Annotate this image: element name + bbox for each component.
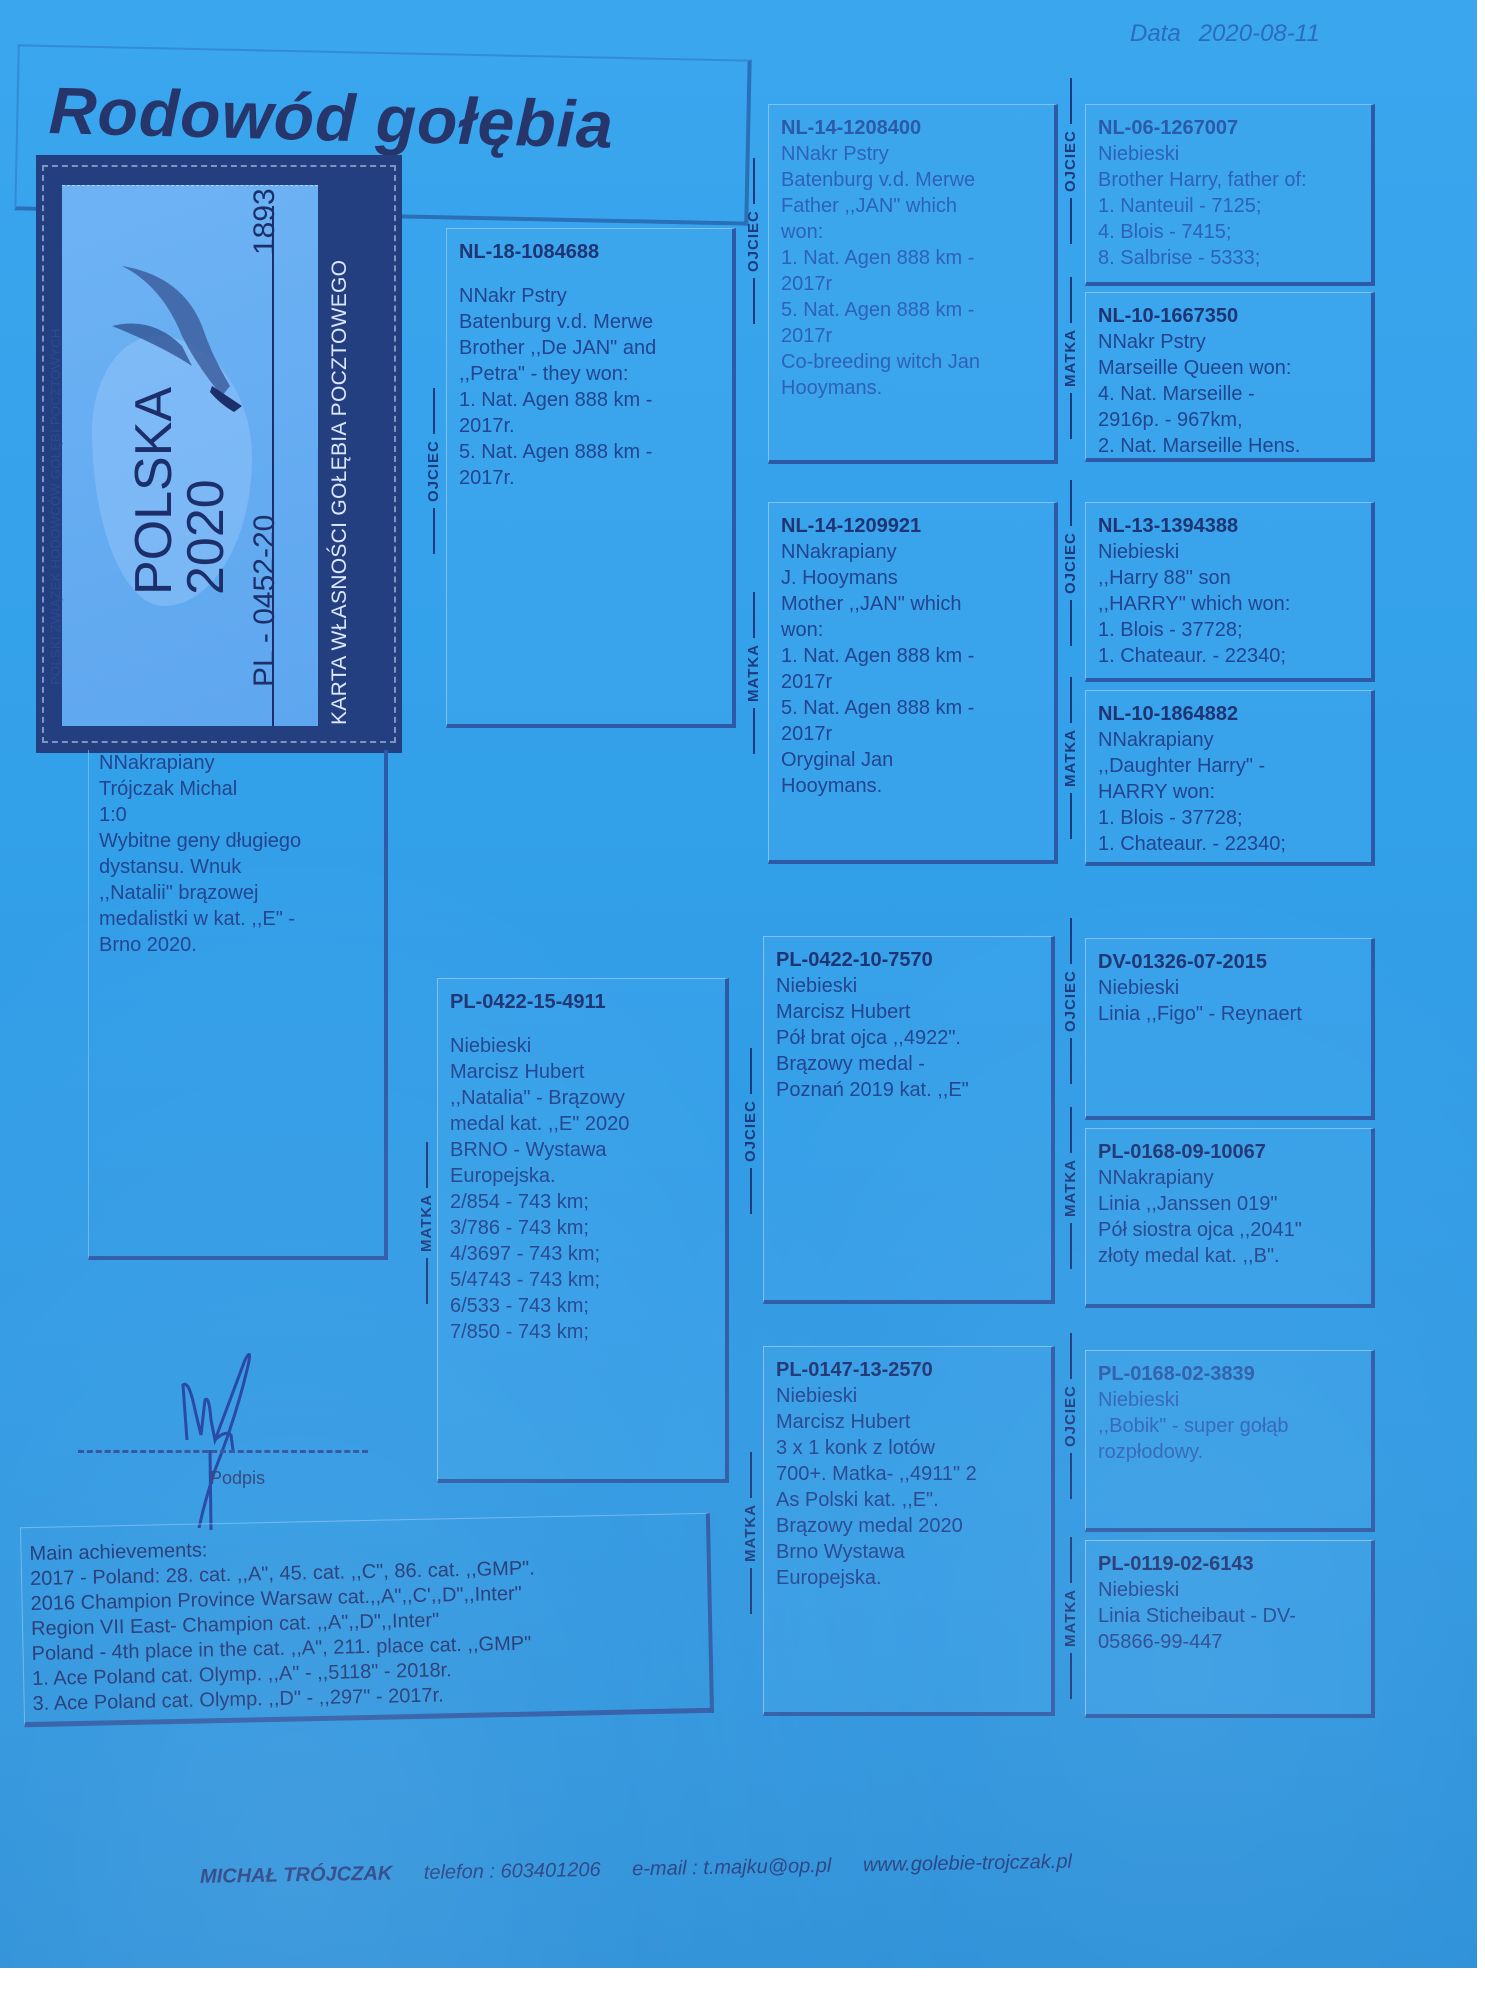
text-line: Mother ,,JAN" which	[781, 591, 1042, 617]
text-line: 3 x 1 konk z lotów	[776, 1435, 1039, 1461]
text-line: 6/533 - 743 km;	[450, 1293, 713, 1319]
text-line: 1. Chateaur. - 22340;	[1098, 643, 1359, 669]
ring-number: NL-10-1864882	[1098, 701, 1359, 727]
text-line: 8. Salbrise - 5333;	[1098, 245, 1359, 271]
label-ddam-sire: OJCIEC	[1062, 1327, 1079, 1505]
card-association: POLSKI ZWIĄZEK HODOWCÓW GOŁĘBI POCZTOWYC…	[48, 328, 63, 685]
pedigree-box-sire: NL-18-1084688NNakr PstryBatenburg v.d. M…	[446, 228, 736, 728]
pedigree-box-sds: NL-13-1394388Niebieski,,Harry 88" son,,H…	[1085, 502, 1375, 682]
label-sdam-sire: OJCIEC	[1062, 474, 1079, 652]
breeder-website: www.golebie-trojczak.pl	[863, 1851, 1072, 1877]
text-line: dystansu. Wnuk	[99, 854, 374, 880]
text-line: Trójczak Michal	[99, 776, 374, 802]
label-sire-dam: MATKA	[745, 586, 762, 760]
card-title: KARTA WŁASNOŚCI GOŁĘBIA POCZTOWEGO	[328, 260, 352, 725]
text-line	[459, 265, 720, 283]
text-line: Niebieski	[1098, 141, 1359, 167]
text-line: 2916p. - 967km,	[1098, 407, 1359, 433]
contact-footer: MICHAŁ TRÓJCZAK telefon : 603401206 e-ma…	[200, 1850, 1098, 1889]
text-line: BRNO - Wystawa	[450, 1137, 713, 1163]
text-line: 700+. Matka- ,,4911" 2	[776, 1461, 1039, 1487]
text-line: 05866-99-447	[1098, 1629, 1359, 1655]
text-line: ,,Daughter Harry" -	[1098, 753, 1359, 779]
text-line: ,,Harry 88" son	[1098, 565, 1359, 591]
text-line: Brązowy medal 2020	[776, 1513, 1039, 1539]
date-label: Data	[1130, 20, 1181, 47]
text-line: Brązowy medal -	[776, 1051, 1039, 1077]
text-line: NNakrapiany	[781, 539, 1042, 565]
pedigree-box-sire-sire: NL-14-1208400NNakr PstryBatenburg v.d. M…	[768, 104, 1058, 464]
text-line: 5. Nat. Agen 888 km -	[459, 439, 720, 465]
card-ring-number: PL - 0452-20	[248, 515, 282, 687]
card-country: POLSKA 2020	[128, 387, 232, 595]
pedigree-box-dss: DV-01326-07-2015NiebieskiLinia ,,Figo" -…	[1085, 938, 1375, 1120]
pedigree-sheet: Data2020-08-11 Rodowód gołębia POLSKI ZW…	[0, 0, 1477, 1968]
signature-label: Podpis	[210, 1468, 265, 1489]
text-line: medalistki w kat. ,,E" -	[99, 906, 374, 932]
label-sire: OJCIEC	[425, 382, 442, 560]
text-line: Batenburg v.d. Merwe	[459, 309, 720, 335]
text-line: 1. Blois - 37728;	[1098, 617, 1359, 643]
text-line: Niebieski	[776, 973, 1039, 999]
text-line: As Polski kat. ,,E".	[776, 1487, 1039, 1513]
text-line: NNakr Pstry	[459, 283, 720, 309]
text-line: Co-breeding witch Jan	[781, 349, 1042, 375]
text-line: Oryginal Jan	[781, 747, 1042, 773]
text-line: 3/786 - 743 km;	[450, 1215, 713, 1241]
label-sire-sire: OJCIEC	[745, 152, 762, 330]
text-line: Niebieski	[1098, 975, 1359, 1001]
pedigree-box-ddd: PL-0119-02-6143NiebieskiLinia Sticheibau…	[1085, 1540, 1375, 1718]
ring-number: PL-0422-10-7570	[776, 947, 1039, 973]
text-line: 2/854 - 743 km;	[450, 1189, 713, 1215]
pedigree-box-dsd: PL-0168-09-10067NNakrapianyLinia ,,Janss…	[1085, 1128, 1375, 1308]
text-line: 7/850 - 743 km;	[450, 1319, 713, 1345]
text-line: HARRY won:	[1098, 779, 1359, 805]
pedigree-box-sdd: NL-10-1864882NNakrapiany,,Daughter Harry…	[1085, 690, 1375, 866]
text-line: Niebieski	[776, 1383, 1039, 1409]
breeder-email: e-mail : t.majku@op.pl	[632, 1855, 832, 1880]
text-line: Marcisz Hubert	[450, 1059, 713, 1085]
text-line: Brno 2020.	[99, 932, 374, 958]
text-line: Marseille Queen won:	[1098, 355, 1359, 381]
text-line: 4. Blois - 7415;	[1098, 219, 1359, 245]
text-line: 2017r	[781, 271, 1042, 297]
text-line: NNakr Pstry	[781, 141, 1042, 167]
text-line: 1. Chateaur. - 22340;	[1098, 831, 1359, 857]
signature-line	[78, 1450, 368, 1453]
date: Data2020-08-11	[1130, 20, 1320, 48]
text-line: Linia ,,Janssen 019"	[1098, 1191, 1359, 1217]
text-line: Europejska.	[450, 1163, 713, 1189]
ring-number: PL-0168-02-3839	[1098, 1361, 1359, 1387]
text-line: 2017r.	[459, 465, 720, 491]
ring-number: NL-14-1209921	[781, 513, 1042, 539]
text-line: Linia ,,Figo" - Reynaert	[1098, 1001, 1359, 1027]
text-line: ,,Bobik" - super gołąb	[1098, 1413, 1359, 1439]
text-line: Pół siostra ojca ,,2041"	[1098, 1217, 1359, 1243]
ring-number: NL-14-1208400	[781, 115, 1042, 141]
ring-number: PL-0422-15-4911	[450, 989, 713, 1015]
ring-number: NL-18-1084688	[459, 239, 720, 265]
text-line: 2017r.	[459, 413, 720, 439]
text-line: Niebieski	[1098, 539, 1359, 565]
text-line: Wybitne geny długiego	[99, 828, 374, 854]
text-line: Hooymans.	[781, 375, 1042, 401]
text-line: 4/3697 - 743 km;	[450, 1241, 713, 1267]
pedigree-box-dds: PL-0168-02-3839Niebieski,,Bobik" - super…	[1085, 1350, 1375, 1532]
text-line: złoty medal kat. ,,B".	[1098, 1243, 1359, 1269]
text-line: 2017r	[781, 669, 1042, 695]
text-line: Poznań 2019 kat. ,,E"	[776, 1077, 1039, 1103]
label-dsire-sire: OJCIEC	[1062, 912, 1079, 1090]
text-line: Brother ,,De JAN" and	[459, 335, 720, 361]
label-ddam-dam: MATKA	[1062, 1531, 1079, 1705]
text-line: NNakrapiany	[1098, 727, 1359, 753]
text-line: 1. Nat. Agen 888 km -	[459, 387, 720, 413]
text-line: 1:0	[99, 802, 374, 828]
label-dam-dam: MATKA	[742, 1446, 759, 1620]
text-line	[450, 1015, 713, 1033]
text-line: 1. Blois - 37728;	[1098, 805, 1359, 831]
label-ssire-sire: OJCIEC	[1062, 72, 1079, 250]
label-dsire-dam: MATKA	[1062, 1101, 1079, 1275]
ring-number: PL-0168-09-10067	[1098, 1139, 1359, 1165]
text-line: won:	[781, 617, 1042, 643]
label-dam: MATKA	[418, 1136, 435, 1310]
text-line: Father ,,JAN" which	[781, 193, 1042, 219]
ring-number: NL-10-1667350	[1098, 303, 1359, 329]
text-line: Europejska.	[776, 1565, 1039, 1591]
pedigree-box-dam: PL-0422-15-4911NiebieskiMarcisz Hubert,,…	[437, 978, 729, 1483]
text-line: 5/4743 - 743 km;	[450, 1267, 713, 1293]
text-line: 1. Nat. Agen 888 km -	[781, 245, 1042, 271]
text-line: Marcisz Hubert	[776, 1409, 1039, 1435]
text-line: Linia Sticheibaut - DV-	[1098, 1603, 1359, 1629]
text-line: 1. Nanteuil - 7125;	[1098, 193, 1359, 219]
pedigree-box-sss: NL-06-1267007NiebieskiBrother Harry, fat…	[1085, 104, 1375, 286]
label-dam-sire: OJCIEC	[742, 1042, 759, 1220]
breeder-name: MICHAŁ TRÓJCZAK	[200, 1862, 393, 1887]
signature-mark	[175, 1340, 285, 1530]
main-pigeon-description: NNakrapianyTrójczak Michal1:0Wybitne gen…	[88, 750, 388, 1260]
ring-number: PL-0119-02-6143	[1098, 1551, 1359, 1577]
text-line: medal kat. ,,E" 2020	[450, 1111, 713, 1137]
pedigree-box-dam-sire: PL-0422-10-7570NiebieskiMarcisz HubertPó…	[763, 936, 1055, 1304]
ownership-card: POLSKI ZWIĄZEK HODOWCÓW GOŁĘBI POCZTOWYC…	[36, 155, 402, 753]
text-line: won:	[781, 219, 1042, 245]
pedigree-box-ssd: NL-10-1667350NNakr PstryMarseille Queen …	[1085, 292, 1375, 462]
text-line: 2. Nat. Marseille Hens.	[1098, 433, 1359, 459]
label-sdam-dam: MATKA	[1062, 671, 1079, 845]
text-line: ,,HARRY" which won:	[1098, 591, 1359, 617]
label-ssire-dam: MATKA	[1062, 271, 1079, 445]
card-founded: 1893	[248, 188, 282, 255]
text-line: NNakr Pstry	[1098, 329, 1359, 355]
text-line: ,,Natalii" brązowej	[99, 880, 374, 906]
text-line: J. Hooymans	[781, 565, 1042, 591]
text-line: 5. Nat. Agen 888 km -	[781, 297, 1042, 323]
text-line: 2017r	[781, 323, 1042, 349]
pedigree-box-dam-dam: PL-0147-13-2570NiebieskiMarcisz Hubert3 …	[763, 1346, 1055, 1716]
text-line: 4. Nat. Marseille -	[1098, 381, 1359, 407]
text-line: Brno Wystawa	[776, 1539, 1039, 1565]
pedigree-box-sire-dam: NL-14-1209921NNakrapianyJ. HooymansMothe…	[768, 502, 1058, 864]
text-line: 1. Nat. Agen 888 km -	[781, 643, 1042, 669]
text-line: Marcisz Hubert	[776, 999, 1039, 1025]
card-country-text: POLSKA	[128, 387, 180, 595]
text-line: Pół brat ojca ,,4922".	[776, 1025, 1039, 1051]
text-line: ,,Natalia" - Brązowy	[450, 1085, 713, 1111]
text-line: Niebieski	[1098, 1577, 1359, 1603]
achievements-box: Main achievements:2017 - Poland: 28. cat…	[20, 1513, 714, 1727]
card-year-text: 2020	[180, 387, 232, 595]
ring-number: NL-06-1267007	[1098, 115, 1359, 141]
text-line: NNakrapiany	[1098, 1165, 1359, 1191]
page-title: Rodowód gołębia	[48, 72, 615, 163]
text-line: Brother Harry, father of:	[1098, 167, 1359, 193]
date-value: 2020-08-11	[1199, 20, 1320, 47]
breeder-phone: telefon : 603401206	[424, 1859, 601, 1884]
text-line: 2017r	[781, 721, 1042, 747]
text-line: Batenburg v.d. Merwe	[781, 167, 1042, 193]
text-line: Niebieski	[450, 1033, 713, 1059]
ring-number: DV-01326-07-2015	[1098, 949, 1359, 975]
ring-number: PL-0147-13-2570	[776, 1357, 1039, 1383]
text-line: Niebieski	[1098, 1387, 1359, 1413]
ring-number: NL-13-1394388	[1098, 513, 1359, 539]
text-line: Hooymans.	[781, 773, 1042, 799]
text-line: NNakrapiany	[99, 750, 374, 776]
text-line: ,,Petra" - they won:	[459, 361, 720, 387]
text-line: rozpłodowy.	[1098, 1439, 1359, 1465]
text-line: 5. Nat. Agen 888 km -	[781, 695, 1042, 721]
